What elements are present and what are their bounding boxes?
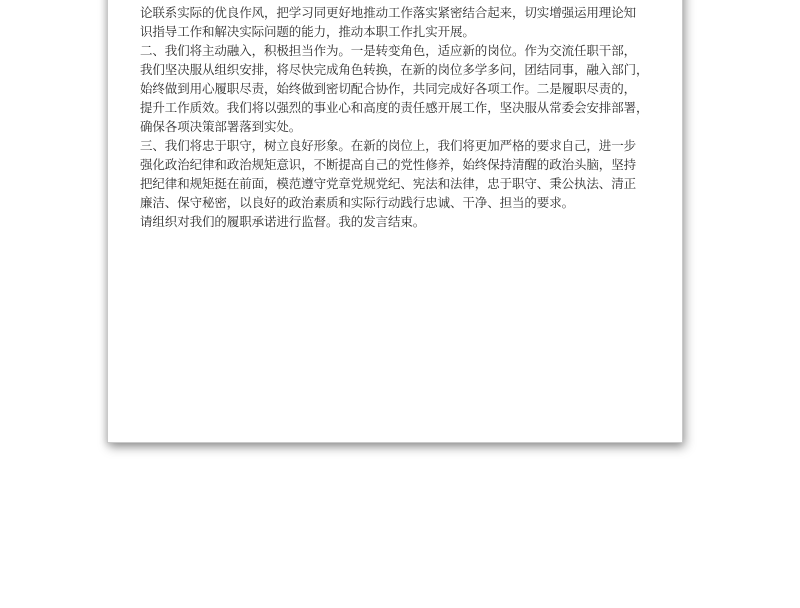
text-line: 强化政治纪律和政治规矩意识，不断提高自己的党性修养，始终保持清醒的政治头脑，坚持 bbox=[140, 156, 650, 175]
text-line: 识指导工作和解决实际问题的能力，推动本职工作扎实开展。 bbox=[140, 23, 650, 42]
text-line: 廉洁、保守秘密，以良好的政治素质和实际行动践行忠诚、干净、担当的要求。 bbox=[140, 194, 650, 213]
text-line: 三、我们将忠于职守，树立良好形象。在新的岗位上，我们将更加严格的要求自己，进一步 bbox=[140, 137, 650, 156]
text-line: 论联系实际的优良作风，把学习同更好地推动工作落实紧密结合起来，切实增强运用理论知 bbox=[140, 4, 650, 23]
text-line: 请组织对我们的履职承诺进行监督。我的发言结束。 bbox=[140, 213, 650, 232]
document-text: 论联系实际的优良作风，把学习同更好地推动工作落实紧密结合起来，切实增强运用理论知… bbox=[140, 4, 650, 232]
text-line: 我们坚决服从组织安排，将尽快完成角色转换，在新的岗位多学多问，团结同事，融入部门… bbox=[140, 61, 650, 80]
viewer-background: 论联系实际的优良作风，把学习同更好地推动工作落实紧密结合起来，切实增强运用理论知… bbox=[0, 0, 800, 608]
text-line: 提升工作质效。我们将以强烈的事业心和高度的责任感开展工作，坚决服从常委会安排部署… bbox=[140, 99, 650, 118]
document-page: 论联系实际的优良作风，把学习同更好地推动工作落实紧密结合起来，切实增强运用理论知… bbox=[107, 0, 683, 443]
text-line: 把纪律和规矩挺在前面，模范遵守党章党规党纪、宪法和法律，忠于职守、秉公执法、清正 bbox=[140, 175, 650, 194]
text-line: 确保各项决策部署落到实处。 bbox=[140, 118, 650, 137]
text-line: 始终做到用心履职尽责，始终做到密切配合协作，共同完成好各项工作。二是履职尽责的， bbox=[140, 80, 650, 99]
text-line: 二、我们将主动融入，积极担当作为。一是转变角色，适应新的岗位。作为交流任职干部， bbox=[140, 42, 650, 61]
